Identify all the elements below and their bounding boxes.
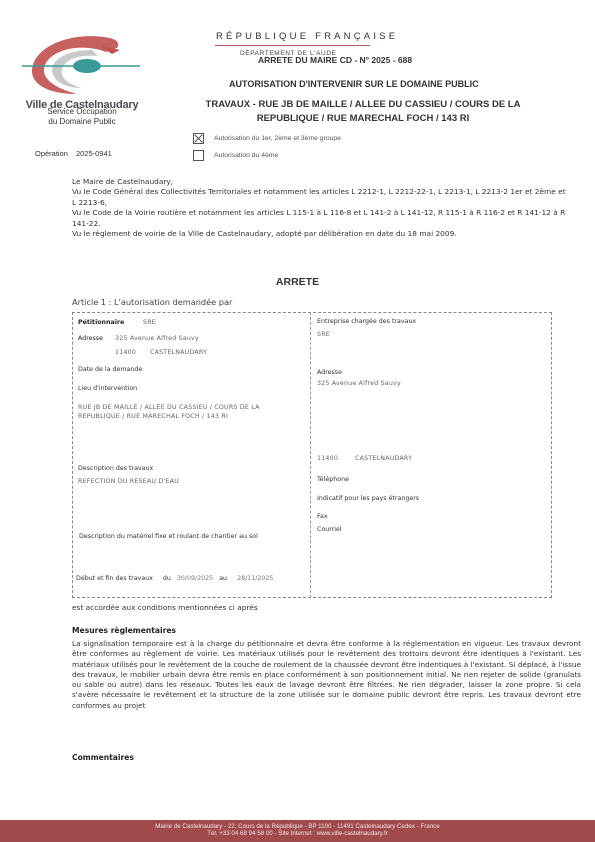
materiel-label: Description du matériel fixe et roulant … <box>79 533 258 540</box>
service-line-1: Service Occupation <box>22 107 142 117</box>
date-debut: 30/09/2025 <box>177 575 213 582</box>
indicatif-label: Indicatif pour les pays étrangers <box>317 495 419 502</box>
travaux-location: TRAVAUX - RUE JB DE MAILLE / ALLEE DU CA… <box>198 98 528 126</box>
footer-line-2: Tél. +33 04 68 94 58 00 - Site Internet … <box>0 830 595 837</box>
preamble-line: Vu le Code Général des Collectivités Ter… <box>72 187 572 208</box>
lieu-intervention-label: Lieu d'intervention <box>78 385 137 392</box>
checkbox-row-groupe-4[interactable]: Autorisation du 4ème <box>193 150 278 161</box>
adresse-cp: 11400 <box>115 349 136 356</box>
adresse-value: 325 Avenue Alfred Sauvy <box>115 335 199 342</box>
entreprise-cp: 11400 <box>317 455 338 462</box>
preamble: Le Maire de Castelnaudary, Vu le Code Gé… <box>72 177 572 239</box>
courriel-label: Courriel <box>317 526 342 533</box>
fax-label: Fax <box>317 513 328 520</box>
republique-francaise: RÉPUBLIQUE FRANÇAISE <box>216 31 398 42</box>
arrete-number: ARRETE DU MAIRE CD - N° 2025 - 688 <box>258 55 412 65</box>
operation-label: Opération <box>35 149 68 158</box>
operation-value: 2025-0941 <box>76 149 112 158</box>
castelnaudary-c-logo-icon <box>22 32 142 96</box>
checked-checkbox-icon[interactable] <box>193 133 204 144</box>
adresse-label: Adresse <box>78 335 103 342</box>
footer-line-1: Mairie de Castelnaudary - 22, Cours de l… <box>0 823 595 830</box>
entreprise-label: Entreprise chargée des travaux <box>317 318 416 325</box>
checkbox-label: Autorisation du 1er, 2ème et 3ème groupe <box>214 135 341 142</box>
unchecked-checkbox-icon[interactable] <box>193 150 204 161</box>
entreprise-value: SRE <box>317 331 330 338</box>
preamble-line: Vu le règlement de voirie de la Ville de… <box>72 229 572 239</box>
request-details-box <box>72 312 552 598</box>
dates-travaux: Début et fin des travaux du 30/09/2025 a… <box>76 575 273 582</box>
petitionnaire-value: SRE <box>143 319 156 326</box>
mesures-body: La signalisation temporaire est à la cha… <box>72 639 581 711</box>
date-fin: 28/11/2025 <box>237 575 273 582</box>
header-divider <box>215 45 370 46</box>
castelnaudary-logo-icon <box>22 32 142 96</box>
entreprise-adresse-label: Adresse <box>317 369 342 376</box>
au-label: au <box>219 575 227 582</box>
footer: Mairie de Castelnaudary - 22, Cours de l… <box>0 820 595 842</box>
description-travaux-value: REFECTION DU RESEAU D'EAU <box>78 478 179 485</box>
mesures-title: Mesures règlementaires <box>72 626 176 635</box>
article-1: Article 1 : L'autorisation demandée par <box>72 297 232 307</box>
checkbox-row-groupes-1-3[interactable]: Autorisation du 1er, 2ème et 3ème groupe <box>193 133 341 144</box>
document-title: AUTORISATION D'INTERVENIR SUR LE DOMAINE… <box>229 79 479 89</box>
column-divider <box>310 312 311 598</box>
entreprise-adresse-value: 325 Avenue Alfred Sauvy <box>317 380 401 387</box>
operation-number: Opération2025-0941 <box>35 149 112 158</box>
dates-label: Début et fin des travaux <box>76 575 153 582</box>
commentaires-title: Commentaires <box>72 753 134 762</box>
preamble-line: Vu le Code de la Voirie routière et nota… <box>72 208 572 229</box>
lieu-intervention-value: RUE JB DE MAILLE / ALLEE DU CASSIEU / CO… <box>78 403 293 421</box>
du-label: du <box>163 575 171 582</box>
accordee-text: est accordée aux conditions mentionnées … <box>72 603 258 612</box>
telephone-label: Téléphone <box>317 476 349 483</box>
service-name: Service Occupation du Domaine Public <box>22 107 142 127</box>
entreprise-ville: CASTELNAUDARY <box>355 455 412 462</box>
adresse-ville: CASTELNAUDARY <box>150 349 207 356</box>
petitionnaire-label: Pétitionnaire <box>78 319 124 326</box>
description-travaux-label: Description des travaux <box>78 465 153 472</box>
arrete-heading: ARRETE <box>0 276 595 288</box>
service-line-2: du Domaine Public <box>22 117 142 127</box>
date-demande-label: Date de la demande <box>78 366 142 373</box>
checkbox-label: Autorisation du 4ème <box>214 152 278 159</box>
preamble-line: Le Maire de Castelnaudary, <box>72 177 572 187</box>
